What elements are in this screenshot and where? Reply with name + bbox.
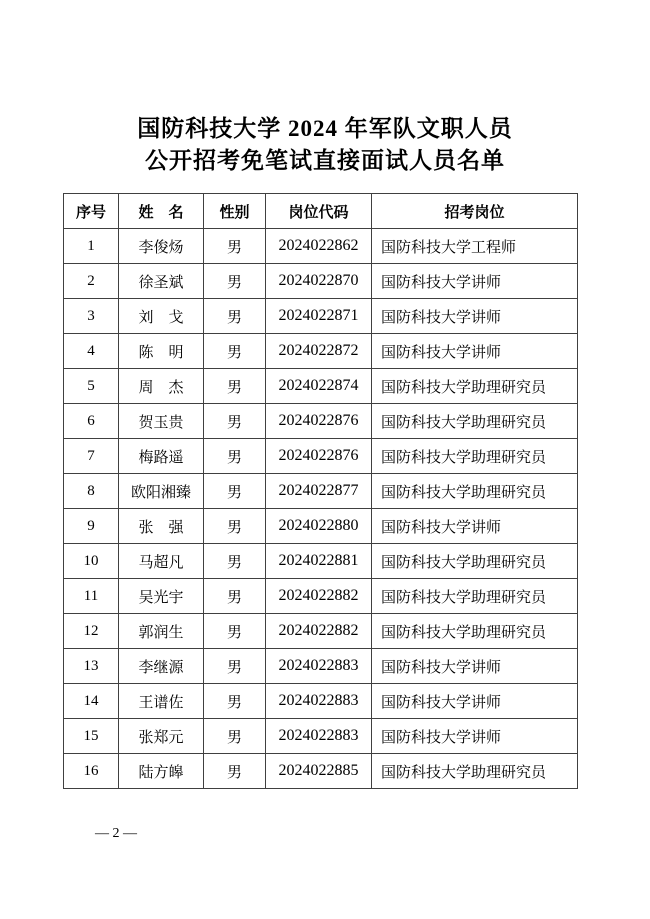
table-row: 1李俊炀男2024022862国防科技大学工程师: [64, 229, 578, 264]
cell-code: 2024022871: [266, 299, 372, 334]
cell-code: 2024022870: [266, 264, 372, 299]
cell-name: 张 强: [119, 509, 204, 544]
cell-index: 7: [64, 439, 119, 474]
cell-code: 2024022883: [266, 684, 372, 719]
cell-name: 李继源: [119, 649, 204, 684]
cell-position: 国防科技大学讲师: [372, 509, 578, 544]
cell-name: 李俊炀: [119, 229, 204, 264]
table-row: 3刘 戈男2024022871国防科技大学讲师: [64, 299, 578, 334]
cell-index: 4: [64, 334, 119, 369]
table-row: 15张郑元男2024022883国防科技大学讲师: [64, 719, 578, 754]
cell-index: 8: [64, 474, 119, 509]
column-header-gender: 性别: [204, 194, 266, 229]
cell-name: 徐圣斌: [119, 264, 204, 299]
cell-name: 刘 戈: [119, 299, 204, 334]
cell-index: 1: [64, 229, 119, 264]
column-header-position: 招考岗位: [372, 194, 578, 229]
header-row: 序号 姓 名 性别 岗位代码 招考岗位: [64, 194, 578, 229]
column-header-code: 岗位代码: [266, 194, 372, 229]
table-row: 11吴光宇男2024022882国防科技大学助理研究员: [64, 579, 578, 614]
table-row: 13李继源男2024022883国防科技大学讲师: [64, 649, 578, 684]
cell-index: 11: [64, 579, 119, 614]
cell-code: 2024022882: [266, 614, 372, 649]
cell-code: 2024022880: [266, 509, 372, 544]
document-title-line2: 公开招考免笔试直接面试人员名单: [0, 145, 650, 177]
cell-position: 国防科技大学助理研究员: [372, 369, 578, 404]
cell-name: 梅路遥: [119, 439, 204, 474]
cell-code: 2024022885: [266, 754, 372, 789]
cell-code: 2024022876: [266, 404, 372, 439]
cell-name: 陆方皞: [119, 754, 204, 789]
cell-code: 2024022862: [266, 229, 372, 264]
document-title-line1: 国防科技大学 2024 年军队文职人员: [0, 113, 650, 145]
cell-index: 13: [64, 649, 119, 684]
cell-gender: 男: [204, 614, 266, 649]
cell-position: 国防科技大学讲师: [372, 299, 578, 334]
cell-position: 国防科技大学助理研究员: [372, 404, 578, 439]
table-row: 9张 强男2024022880国防科技大学讲师: [64, 509, 578, 544]
cell-position: 国防科技大学讲师: [372, 719, 578, 754]
cell-position: 国防科技大学讲师: [372, 684, 578, 719]
cell-index: 9: [64, 509, 119, 544]
cell-name: 贺玉贵: [119, 404, 204, 439]
cell-gender: 男: [204, 229, 266, 264]
cell-position: 国防科技大学工程师: [372, 229, 578, 264]
page-number: — 2 —: [95, 826, 137, 842]
cell-code: 2024022872: [266, 334, 372, 369]
cell-code: 2024022882: [266, 579, 372, 614]
cell-name: 郭润生: [119, 614, 204, 649]
cell-index: 10: [64, 544, 119, 579]
cell-gender: 男: [204, 369, 266, 404]
cell-name: 周 杰: [119, 369, 204, 404]
cell-position: 国防科技大学助理研究员: [372, 439, 578, 474]
roster-table: 序号 姓 名 性别 岗位代码 招考岗位 1李俊炀男2024022862国防科技大…: [63, 193, 578, 789]
cell-code: 2024022883: [266, 649, 372, 684]
table-row: 2徐圣斌男2024022870国防科技大学讲师: [64, 264, 578, 299]
table-row: 12郭润生男2024022882国防科技大学助理研究员: [64, 614, 578, 649]
cell-name: 王谱佐: [119, 684, 204, 719]
cell-gender: 男: [204, 474, 266, 509]
cell-gender: 男: [204, 404, 266, 439]
table-row: 16陆方皞男2024022885国防科技大学助理研究员: [64, 754, 578, 789]
table-row: 14王谱佐男2024022883国防科技大学讲师: [64, 684, 578, 719]
cell-index: 5: [64, 369, 119, 404]
table-row: 6贺玉贵男2024022876国防科技大学助理研究员: [64, 404, 578, 439]
cell-index: 2: [64, 264, 119, 299]
cell-position: 国防科技大学讲师: [372, 334, 578, 369]
cell-position: 国防科技大学讲师: [372, 264, 578, 299]
cell-code: 2024022883: [266, 719, 372, 754]
cell-name: 陈 明: [119, 334, 204, 369]
cell-position: 国防科技大学助理研究员: [372, 579, 578, 614]
cell-index: 12: [64, 614, 119, 649]
table-row: 7梅路遥男2024022876国防科技大学助理研究员: [64, 439, 578, 474]
cell-gender: 男: [204, 579, 266, 614]
cell-gender: 男: [204, 754, 266, 789]
cell-index: 15: [64, 719, 119, 754]
cell-index: 14: [64, 684, 119, 719]
table-body: 1李俊炀男2024022862国防科技大学工程师2徐圣斌男2024022870国…: [64, 229, 578, 789]
cell-code: 2024022874: [266, 369, 372, 404]
table-row: 4陈 明男2024022872国防科技大学讲师: [64, 334, 578, 369]
table-row: 10马超凡男2024022881国防科技大学助理研究员: [64, 544, 578, 579]
cell-gender: 男: [204, 649, 266, 684]
cell-gender: 男: [204, 719, 266, 754]
cell-index: 6: [64, 404, 119, 439]
document-page: 国防科技大学 2024 年军队文职人员 公开招考免笔试直接面试人员名单 序号 姓…: [0, 0, 650, 919]
cell-position: 国防科技大学助理研究员: [372, 474, 578, 509]
table-row: 5周 杰男2024022874国防科技大学助理研究员: [64, 369, 578, 404]
cell-code: 2024022877: [266, 474, 372, 509]
cell-gender: 男: [204, 264, 266, 299]
cell-gender: 男: [204, 684, 266, 719]
cell-name: 欧阳湘臻: [119, 474, 204, 509]
cell-name: 吴光宇: [119, 579, 204, 614]
cell-index: 16: [64, 754, 119, 789]
column-header-name: 姓 名: [119, 194, 204, 229]
cell-code: 2024022881: [266, 544, 372, 579]
column-header-index: 序号: [64, 194, 119, 229]
cell-position: 国防科技大学助理研究员: [372, 614, 578, 649]
document-title: 国防科技大学 2024 年军队文职人员 公开招考免笔试直接面试人员名单: [0, 113, 650, 177]
cell-position: 国防科技大学助理研究员: [372, 754, 578, 789]
cell-name: 张郑元: [119, 719, 204, 754]
cell-gender: 男: [204, 509, 266, 544]
cell-code: 2024022876: [266, 439, 372, 474]
cell-position: 国防科技大学讲师: [372, 649, 578, 684]
cell-gender: 男: [204, 439, 266, 474]
cell-position: 国防科技大学助理研究员: [372, 544, 578, 579]
cell-gender: 男: [204, 334, 266, 369]
cell-name: 马超凡: [119, 544, 204, 579]
cell-gender: 男: [204, 544, 266, 579]
table-row: 8欧阳湘臻男2024022877国防科技大学助理研究员: [64, 474, 578, 509]
cell-index: 3: [64, 299, 119, 334]
cell-gender: 男: [204, 299, 266, 334]
